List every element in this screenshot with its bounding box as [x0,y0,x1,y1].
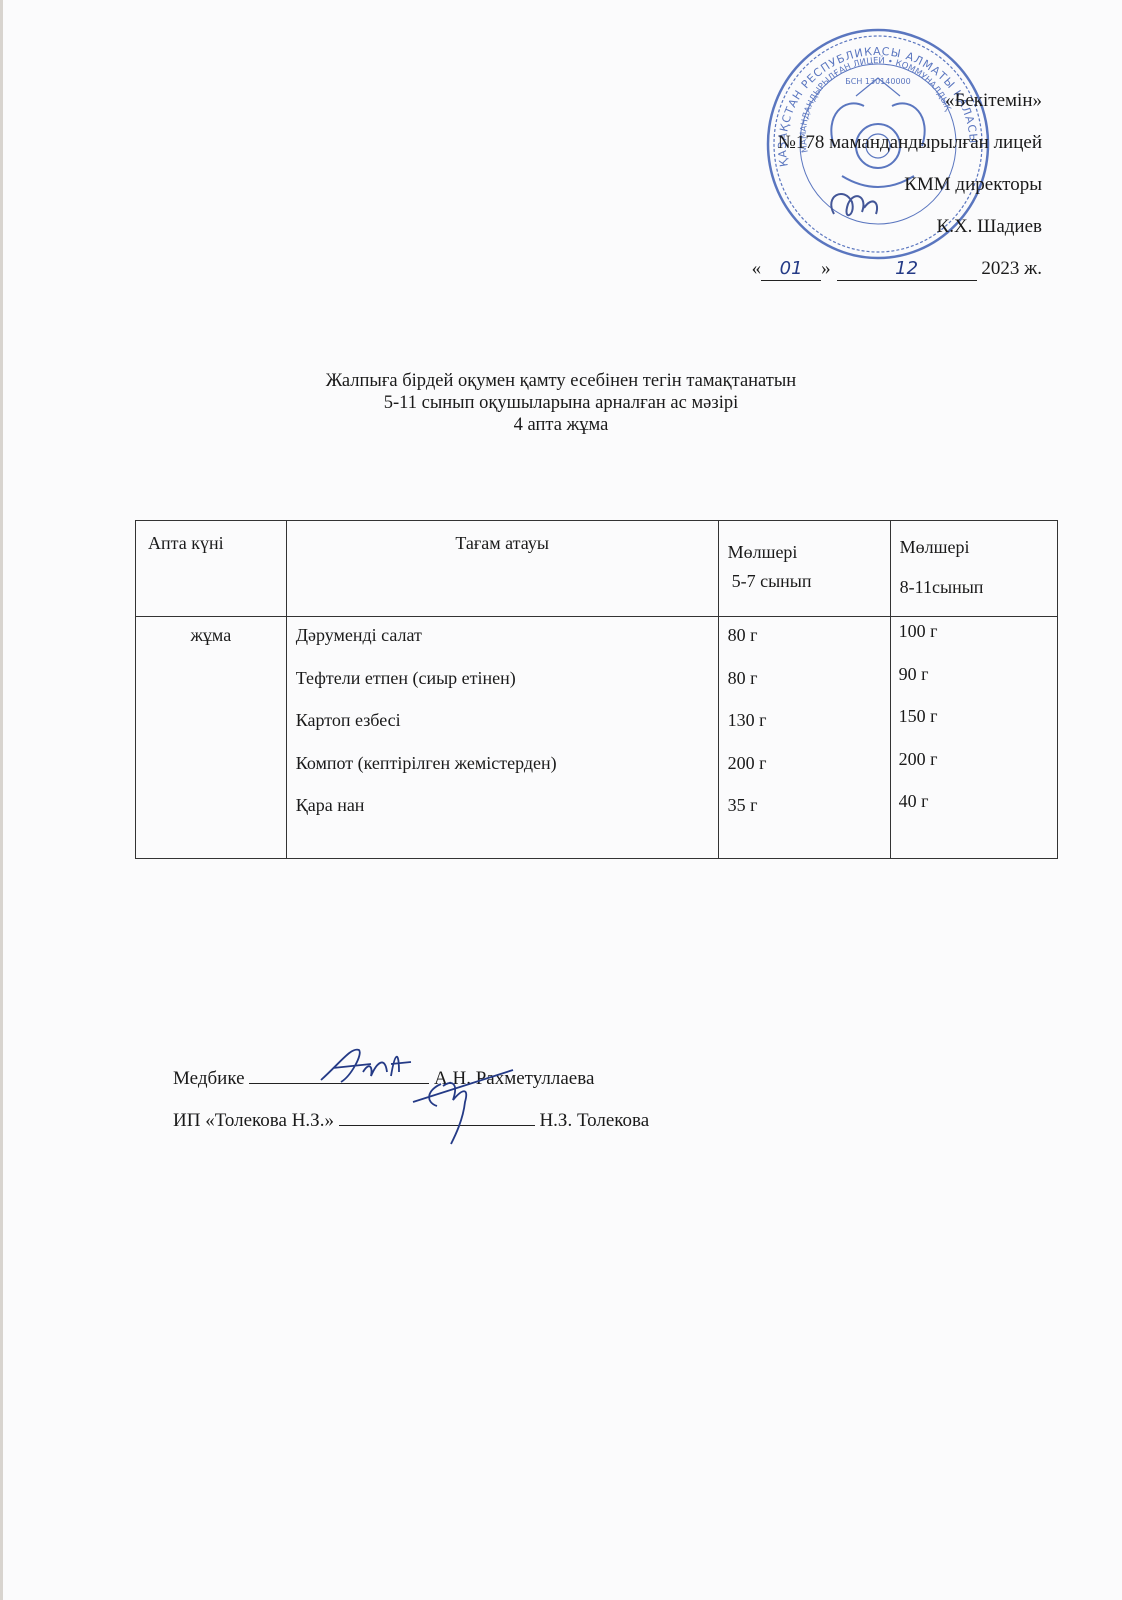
day-cell: жұма [136,617,287,859]
table-row: жұма Дәруменді салат Тефтели етпен (сиыр… [136,617,1058,859]
header-qty-8-11-label: Мөлшері [900,527,1057,567]
approval-heading: «Бекітемін» [752,80,1042,122]
header-qty-5-7-sub: 5-7 сынып [728,571,890,591]
dish-item: Қара нан [296,795,718,838]
qty-8-11-list: 100 г 90 г 150 г 200 г 40 г [890,617,1057,859]
signature-role: Медбике [173,1068,245,1089]
document-title: Жалпыға бірдей оқумен қамту есебінен тег… [0,370,1122,436]
approval-date: «01»12 2023 ж. [752,248,1042,290]
signature-line [339,1107,535,1126]
title-line-3: 4 апта жұма [0,414,1122,436]
signature-row-nurse: Медбике А.Н. Рахметуллаева [173,1058,649,1100]
date-year: 2023 ж. [981,258,1042,279]
title-line-2: 5-11 сынып оқушыларына арналған ас мәзір… [0,392,1122,414]
dish-item: Картоп езбесі [296,710,718,753]
date-close-quote: » [821,258,831,279]
title-line-1: Жалпыға бірдей оқумен қамту есебінен тег… [0,370,1122,392]
qty-5-7-item: 80 г [728,625,890,668]
approval-position: КММ директоры [752,164,1042,206]
approval-organization: №178 мамандандырылған лицей [752,122,1042,164]
header-dish: Тағам атауы [286,521,718,617]
page-edge [0,0,3,1600]
qty-8-11-item: 150 г [899,706,1057,749]
menu-table: Апта күні Тағам атауы Мөлшері 5-7 сынып … [135,520,1058,859]
header-day: Апта күні [136,521,287,617]
signature-name: А.Н. Рахметуллаева [434,1068,594,1089]
qty-8-11-item: 200 г [899,749,1057,792]
qty-8-11-item: 100 г [899,621,1057,664]
qty-5-7-item: 130 г [728,710,890,753]
dish-item: Компот (кептірілген жемістерден) [296,753,718,796]
date-day: 01 [761,258,821,281]
signature-row-supplier: ИП «Толекова Н.З.» Н.З. Толекова [173,1100,649,1142]
qty-5-7-list: 80 г 80 г 130 г 200 г 35 г [718,617,890,859]
header-qty-8-11: Мөлшері 8-11сынып [890,521,1057,617]
header-qty-8-11-sub: 8-11сынып [900,567,1057,607]
header-qty-5-7: Мөлшері 5-7 сынып [718,521,890,617]
dish-item: Тефтели етпен (сиыр етінен) [296,668,718,711]
qty-5-7-item: 35 г [728,795,890,838]
date-open-quote: « [752,258,762,279]
table-header-row: Апта күні Тағам атауы Мөлшері 5-7 сынып … [136,521,1058,617]
qty-8-11-item: 40 г [899,791,1057,834]
date-month: 12 [837,258,977,281]
qty-5-7-item: 200 г [728,753,890,796]
signature-name: Н.З. Толекова [539,1110,649,1131]
approval-director-name: К.Х. Шадиев [752,206,1042,248]
approval-block: «Бекітемін» №178 мамандандырылған лицей … [752,80,1042,290]
signature-block: Медбике А.Н. Рахметуллаева ИП «Толекова … [173,1058,649,1142]
dish-list: Дәруменді салат Тефтели етпен (сиыр етін… [286,617,718,859]
signature-line [249,1065,429,1084]
signature-role: ИП «Толекова Н.З.» [173,1110,334,1131]
header-qty-5-7-label: Мөлшері [728,533,890,571]
dish-item: Дәруменді салат [296,625,718,668]
qty-5-7-item: 80 г [728,668,890,711]
qty-8-11-item: 90 г [899,664,1057,707]
